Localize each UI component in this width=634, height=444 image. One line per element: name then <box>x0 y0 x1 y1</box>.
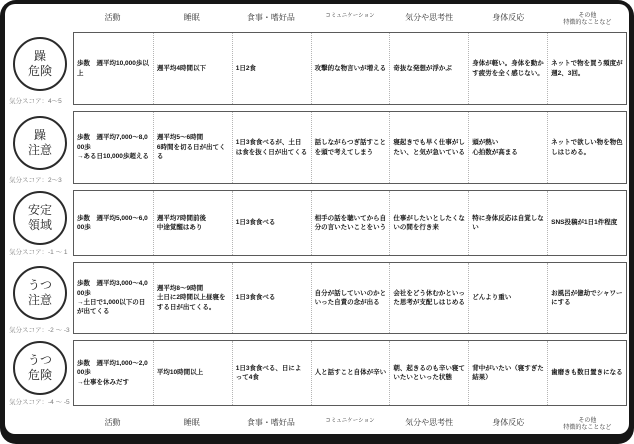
cell-food: 1日3食食べるが、土日は食を抜く日が出てくる <box>232 112 311 183</box>
zone-stable: 安定 領域 気分スコア：-1 ～ 1 <box>7 190 73 256</box>
row-stable-zone: 安定 領域 気分スコア：-1 ～ 1 歩数 週平均5,000～6,000歩 週平… <box>7 190 627 256</box>
window-frame: 活動 睡眠 食事・嗜好品 コミュニケーション 気分や思考性 身体反応 その他 特… <box>0 0 634 444</box>
cell-text: 週平均4時間以下 <box>157 64 206 73</box>
bottom-header-row: 活動 睡眠 食事・嗜好品 コミュニケーション 気分や思考性 身体反応 その他 特… <box>7 415 627 434</box>
cell-text: お風呂が億劫でシャワーにする <box>551 289 623 308</box>
cell-text: 平均10時間以上 <box>157 368 203 377</box>
zone-depression-caution: うつ 注意 気分スコア：-2 ～ -3 <box>7 262 73 334</box>
cell-text: 1日3食食べる <box>236 293 276 302</box>
row-depression-caution: うつ 注意 気分スコア：-2 ～ -3 歩数 週平均3,000～4,000歩 →… <box>7 262 627 334</box>
cell-other: 歯磨きも数日置きになる <box>547 341 626 405</box>
cell-text: 相手の話を聴いてから自分の言いたいことをいう <box>315 214 387 233</box>
cell-text: 会社をどう休むかといった思考が支配しはじめる <box>393 289 465 308</box>
cell-text: 1日2食 <box>236 64 256 73</box>
mood-score-mania-danger: 気分スコア：4～5 <box>9 96 62 105</box>
cell-text: ネットで欲しい物を物色しはじめる。 <box>551 138 623 157</box>
cell-other: ネットで欲しい物を物色しはじめる。 <box>547 112 626 183</box>
cell-body-reaction: 特に身体反応は自覚しない <box>468 191 547 255</box>
zone-depression-danger: うつ 危険 気分スコア：-4 ～ -5 <box>7 340 73 406</box>
column-footer-activity: 活動 <box>73 418 152 432</box>
cell-activity: 歩数 週平均5,000～6,000歩 <box>74 191 153 255</box>
table-row: 歩数 週平均7,000～8,000歩 →ある日10,000歩超える 週平均5～6… <box>73 111 627 184</box>
mood-score-depression-danger: 気分スコア：-4 ～ -5 <box>9 397 70 406</box>
cell-communication: 話しながらつぎ話すことを頭で考えてしまう <box>311 112 390 183</box>
cell-communication: 人と話すこと自体が辛い <box>311 341 390 405</box>
cell-body-reaction: 身体が軽い。身体を動かす疲労を全く感じない。 <box>468 33 547 104</box>
cell-mood-thinking: 会社をどう休むかといった思考が支配しはじめる <box>389 263 468 333</box>
zone-mania-danger: 躁 危険 気分スコア：4～5 <box>7 32 73 105</box>
cell-text: 人と話すこと自体が辛い <box>315 368 387 377</box>
bottom-header-grid: 活動 睡眠 食事・嗜好品 コミュニケーション 気分や思考性 身体反応 その他 特… <box>73 418 627 432</box>
column-header-body-reaction: 身体反応 <box>469 13 548 27</box>
cell-other: ネットで物を買う頻度が週2、3回。 <box>547 33 626 104</box>
cell-text: ネットで物を買う頻度が週2、3回。 <box>551 59 623 78</box>
cell-sleep: 週平均8～9時間 土日に2時間以上昼寝をする日が出てくる。 <box>153 263 232 333</box>
table-row: 歩数 週平均5,000～6,000歩 週平均7時間前後 中途覚醒はあり 1日3食… <box>73 190 627 256</box>
zone-mania-caution: 躁 注意 気分スコア：2～3 <box>7 111 73 184</box>
row-depression-danger: うつ 危険 気分スコア：-4 ～ -5 歩数 週平均1,000～2,000歩 →… <box>7 340 627 406</box>
zone-circle-stable: 安定 領域 <box>13 191 67 245</box>
cell-text: 攻撃的な物言いが増える <box>315 64 387 73</box>
cell-body-reaction: 背中がいたい（寝すぎた結果） <box>468 341 547 405</box>
top-header-grid: 活動 睡眠 食事・嗜好品 コミュニケーション 気分や思考性 身体反応 その他 特… <box>73 13 627 27</box>
row-mania-danger: 躁 危険 気分スコア：4～5 歩数 週平均10,000歩以上 週平均4時間以下 … <box>7 32 627 105</box>
zone-circle-mania-caution: 躁 注意 <box>13 116 67 170</box>
cell-food: 1日2食 <box>232 33 311 104</box>
column-header-food: 食事・嗜好品 <box>231 13 310 27</box>
cell-text: 背中がいたい（寝すぎた結果） <box>472 364 544 383</box>
cell-text: 週平均5～6時間 6時間を切る日が出てくる <box>157 133 229 161</box>
table-row: 歩数 週平均1,000～2,000歩 →仕事を休みだす 平均10時間以上 1日3… <box>73 340 627 406</box>
cell-sleep: 週平均7時間前後 中途覚醒はあり <box>153 191 232 255</box>
cell-other: お風呂が億劫でシャワーにする <box>547 263 626 333</box>
cell-text: 1日3食食べるが、土日は食を抜く日が出てくる <box>236 138 308 157</box>
column-footer-food: 食事・嗜好品 <box>231 418 310 432</box>
cell-text: 1日3食食べる、日によって4食 <box>236 364 308 383</box>
cell-text: 話しながらつぎ話すことを頭で考えてしまう <box>315 138 387 157</box>
cell-mood-thinking: 寝起きでも早く仕事がしたい、と気が急いている <box>389 112 468 183</box>
cell-text: 頭が熱い 心拍数が高まる <box>472 138 518 157</box>
cell-communication: 自分が話していいのかといった自責の念が出る <box>311 263 390 333</box>
cell-communication: 相手の話を聴いてから自分の言いたいことをいう <box>311 191 390 255</box>
cell-text: SNS投稿が1日1件程度 <box>551 218 617 227</box>
cell-food: 1日3食食べる <box>232 263 311 333</box>
cell-text: 歩数 週平均5,000～6,000歩 <box>77 214 150 233</box>
mood-score-mania-caution: 気分スコア：2～3 <box>9 175 62 184</box>
cell-text: 1日3食食べる <box>236 218 276 227</box>
column-footer-body-reaction: 身体反応 <box>469 418 548 432</box>
row-mania-caution: 躁 注意 気分スコア：2～3 歩数 週平均7,000～8,000歩 →ある日10… <box>7 111 627 184</box>
cell-text: 歯磨きも数日置きになる <box>551 368 623 377</box>
cell-activity: 歩数 週平均3,000～4,000歩 →土日で1,000以下の日が出てくる <box>74 263 153 333</box>
cell-activity: 歩数 週平均10,000歩以上 <box>74 33 153 104</box>
mood-chart-document: 活動 睡眠 食事・嗜好品 コミュニケーション 気分や思考性 身体反応 その他 特… <box>5 4 629 434</box>
cell-sleep: 平均10時間以上 <box>153 341 232 405</box>
table-row: 歩数 週平均3,000～4,000歩 →土日で1,000以下の日が出てくる 週平… <box>73 262 627 334</box>
cell-food: 1日3食食べる、日によって4食 <box>232 341 311 405</box>
cell-mood-thinking: 朝、起きるのも辛い寝ていたいといった状態 <box>389 341 468 405</box>
cell-mood-thinking: 仕事がしたいとしたくないの間を行き来 <box>389 191 468 255</box>
column-footer-other: その他 特徴的なことなど <box>548 418 627 432</box>
cell-body-reaction: 頭が熱い 心拍数が高まる <box>468 112 547 183</box>
cell-other: SNS投稿が1日1件程度 <box>547 191 626 255</box>
cell-sleep: 週平均5～6時間 6時間を切る日が出てくる <box>153 112 232 183</box>
cell-text: どんより重い <box>472 293 511 302</box>
cell-text: 奇抜な発想が浮かぶ <box>393 64 452 73</box>
cell-sleep: 週平均4時間以下 <box>153 33 232 104</box>
cell-text: 歩数 週平均3,000～4,000歩 →土日で1,000以下の日が出てくる <box>77 279 150 317</box>
cell-body-reaction: どんより重い <box>468 263 547 333</box>
mood-score-depression-caution: 気分スコア：-2 ～ -3 <box>9 325 70 334</box>
cell-activity: 歩数 週平均1,000～2,000歩 →仕事を休みだす <box>74 341 153 405</box>
cell-activity: 歩数 週平均7,000～8,000歩 →ある日10,000歩超える <box>74 112 153 183</box>
cell-mood-thinking: 奇抜な発想が浮かぶ <box>389 33 468 104</box>
cell-text: 歩数 週平均7,000～8,000歩 →ある日10,000歩超える <box>77 133 150 161</box>
zone-circle-depression-caution: うつ 注意 <box>13 266 67 320</box>
cell-food: 1日3食食べる <box>232 191 311 255</box>
column-header-sleep: 睡眠 <box>152 13 231 27</box>
cell-text: 特に身体反応は自覚しない <box>472 214 544 233</box>
column-header-communication: コミュニケーション <box>310 13 389 27</box>
cell-communication: 攻撃的な物言いが増える <box>311 33 390 104</box>
zone-circle-depression-danger: うつ 危険 <box>13 341 67 395</box>
cell-text: 週平均7時間前後 中途覚醒はあり <box>157 214 206 233</box>
cell-text: 自分が話していいのかといった自責の念が出る <box>315 289 387 308</box>
cell-text: 週平均8～9時間 土日に2時間以上昼寝をする日が出てくる。 <box>157 284 229 312</box>
cell-text: 寝起きでも早く仕事がしたい、と気が急いている <box>393 138 465 157</box>
column-footer-mood-thinking: 気分や思考性 <box>390 418 469 432</box>
cell-text: 歩数 週平均1,000～2,000歩 →仕事を休みだす <box>77 359 150 387</box>
cell-text: 朝、起きるのも辛い寝ていたいといった状態 <box>393 364 465 383</box>
column-header-mood-thinking: 気分や思考性 <box>390 13 469 27</box>
cell-text: 仕事がしたいとしたくないの間を行き来 <box>393 214 465 233</box>
cell-text: 歩数 週平均10,000歩以上 <box>77 59 150 78</box>
cell-text: 身体が軽い。身体を動かす疲労を全く感じない。 <box>472 59 544 78</box>
zone-circle-mania-danger: 躁 危険 <box>13 37 67 91</box>
top-header-row: 活動 睡眠 食事・嗜好品 コミュニケーション 気分や思考性 身体反応 その他 特… <box>7 8 627 32</box>
column-header-other: その他 特徴的なことなど <box>548 13 627 27</box>
column-footer-communication: コミュニケーション <box>310 418 389 432</box>
column-footer-sleep: 睡眠 <box>152 418 231 432</box>
column-header-activity: 活動 <box>73 13 152 27</box>
mood-score-stable: 気分スコア：-1 ～ 1 <box>9 247 68 256</box>
table-row: 歩数 週平均10,000歩以上 週平均4時間以下 1日2食 攻撃的な物言いが増え… <box>73 32 627 105</box>
